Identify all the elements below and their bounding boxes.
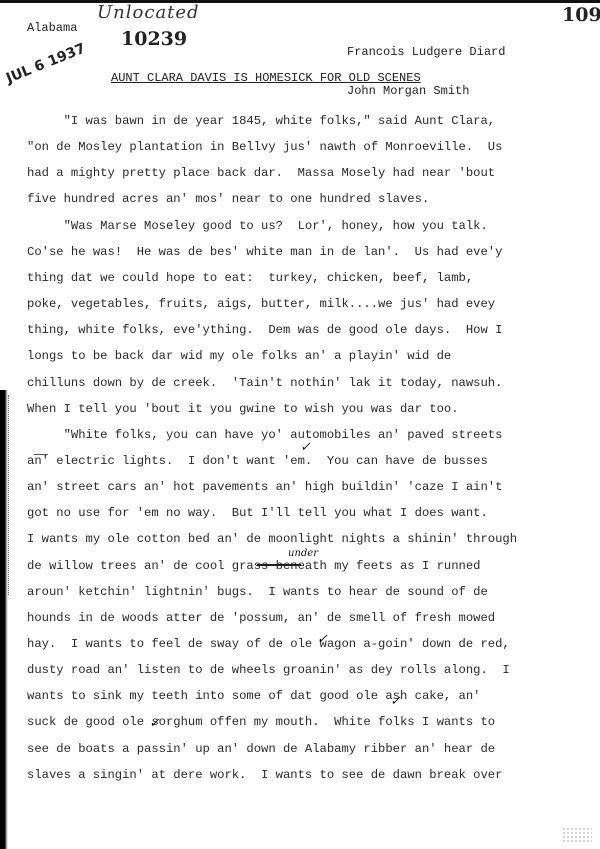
text-line: an' electric lights. I don't want 'em. Y… xyxy=(27,454,488,468)
scan-left-edge xyxy=(0,390,8,849)
text-line: "Was Marse Moseley good to us? Lor', hon… xyxy=(27,219,488,233)
insertion-mark-icon: ✓ xyxy=(317,632,328,647)
document-title: AUNT CLARA DAVIS IS HOMESICK FOR OLD SCE… xyxy=(111,71,421,85)
handwritten-correction: under xyxy=(288,548,318,559)
strikethrough-mark xyxy=(257,564,301,566)
text-line: longs to be back dar wid my ole folks an… xyxy=(27,349,451,363)
text-line: thing, white folks, eve'ything. Dem was … xyxy=(27,323,502,337)
text-line: five hundred acres an' mos' near to one … xyxy=(27,192,429,206)
text-line: thing dat we could hope to eat: turkey, … xyxy=(27,271,473,285)
page-number: 109 xyxy=(562,4,600,26)
text-line: Co'se he was! He was de bes' white man i… xyxy=(27,245,502,259)
text-line: aroun' ketchin' lightnin' bugs. I wants … xyxy=(27,585,488,599)
state-label: Alabama xyxy=(27,21,77,35)
text-line: I wants my ole cotton bed an' de moonlig… xyxy=(27,532,517,546)
document-page: Alabama Unlocated 10239 Francois Ludgere… xyxy=(0,0,600,849)
text-line: had a mighty pretty place back dar. Mass… xyxy=(27,166,495,180)
insertion-mark-icon: ✓ xyxy=(149,716,160,731)
text-line: wants to sink my teeth into some of dat … xyxy=(27,689,480,703)
insertion-mark-icon: ✓ xyxy=(390,694,401,709)
margin-dash xyxy=(34,454,48,455)
text-line: chilluns down by de creek. 'Tain't nothi… xyxy=(27,376,502,390)
insertion-mark-icon: ✓ xyxy=(300,440,311,455)
margin-marks xyxy=(8,395,23,595)
text-line: "on de Mosley plantation in Bellvy jus' … xyxy=(27,140,502,154)
document-number: 10239 xyxy=(121,28,187,50)
text-line: de willow trees an' de cool grass beneat… xyxy=(27,559,480,573)
text-line: got no use for 'em no way. But I'll tell… xyxy=(27,506,488,520)
text-line: slaves a singin' at dere work. I wants t… xyxy=(27,768,502,782)
text-line: "I was bawn in de year 1845, white folks… xyxy=(27,114,495,128)
text-line: suck de good ole sorghum offen my mouth.… xyxy=(27,715,495,729)
text-line: hay. I wants to feel de sway of de ole w… xyxy=(27,637,510,651)
text-line: "White folks, you can have yo' automobil… xyxy=(27,428,502,442)
scan-noise xyxy=(562,827,592,843)
author-2: John Morgan Smith xyxy=(347,85,505,98)
text-line: dusty road an' listen to de wheels groan… xyxy=(27,663,510,677)
text-line: When I tell you 'bout it you gwine to wi… xyxy=(27,402,459,416)
text-line: an' street cars an' hot pavements an' hi… xyxy=(27,480,502,494)
text-line: hounds in de woods atter de 'possum, an'… xyxy=(27,611,495,625)
text-line: see de boats a passin' up an' down de Al… xyxy=(27,742,495,756)
text-line: poke, vegetables, fruits, aigs, butter, … xyxy=(27,297,495,311)
author-1: Francois Ludgere Diard xyxy=(347,46,505,59)
handwritten-note: Unlocated xyxy=(97,2,200,23)
date-stamp: JUL 6 1937 xyxy=(4,41,88,87)
scan-top-edge xyxy=(0,0,600,3)
